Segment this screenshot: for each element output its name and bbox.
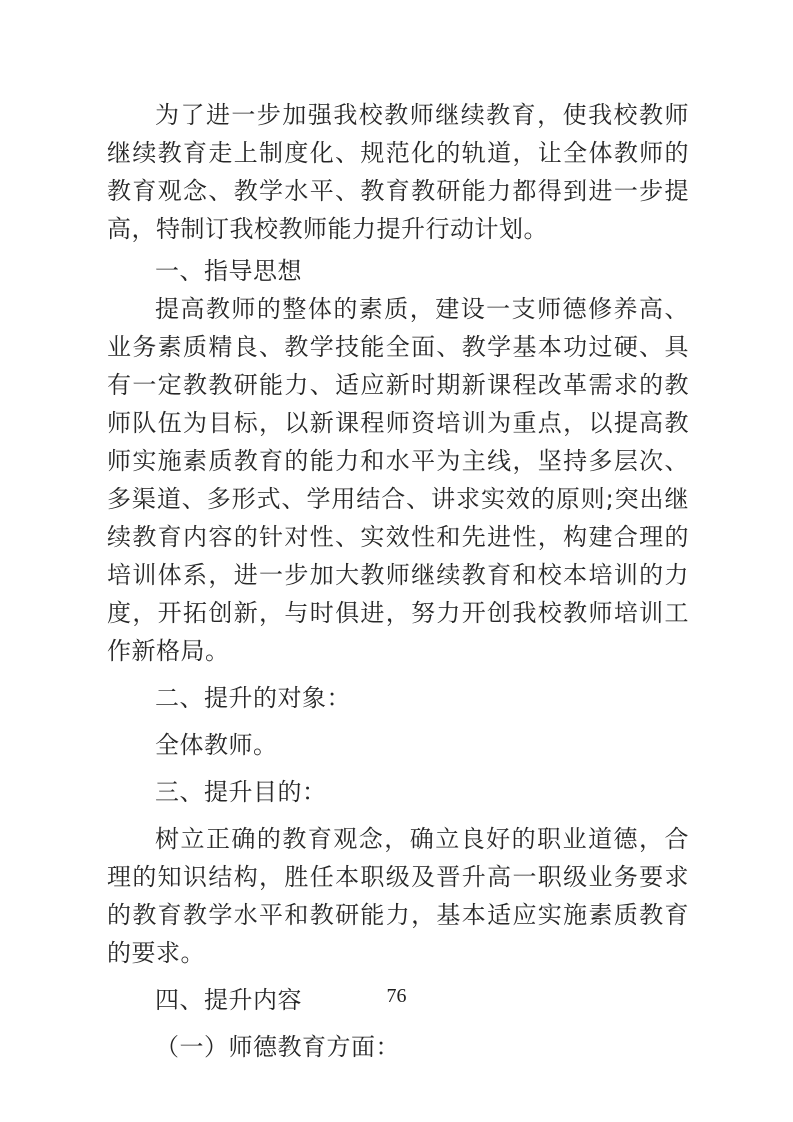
document-body: 为了进一步加强我校教师继续教育，使我校教师继续教育走上制度化、规范化的轨道，让全… bbox=[107, 96, 689, 1066]
paragraph-1-body: 为了进一步加强我校教师继续教育，使我校教师继续教育走上制度化、规范化的轨道，让全… bbox=[107, 96, 689, 248]
paragraph-5-body: 全体教师。 bbox=[107, 726, 689, 764]
document-page: 为了进一步加强我校教师继续教育，使我校教师继续教育走上制度化、规范化的轨道，让全… bbox=[0, 0, 793, 1122]
paragraph-2-heading: 一、指导思想 bbox=[107, 252, 689, 290]
paragraph-7-body: 树立正确的教育观念，确立良好的职业道德，合理的知识结构，胜任本职级及晋升高一职级… bbox=[107, 820, 689, 972]
paragraph-6-heading: 三、提升目的： bbox=[107, 773, 689, 811]
page-number: 76 bbox=[0, 985, 793, 1008]
paragraph-4-heading: 二、提升的对象： bbox=[107, 679, 689, 717]
paragraph-3-body: 提高教师的整体的素质，建设一支师德修养高、业务素质精良、教学技能全面、教学基本功… bbox=[107, 290, 689, 670]
paragraph-9-heading: （一）师德教育方面： bbox=[107, 1028, 689, 1066]
